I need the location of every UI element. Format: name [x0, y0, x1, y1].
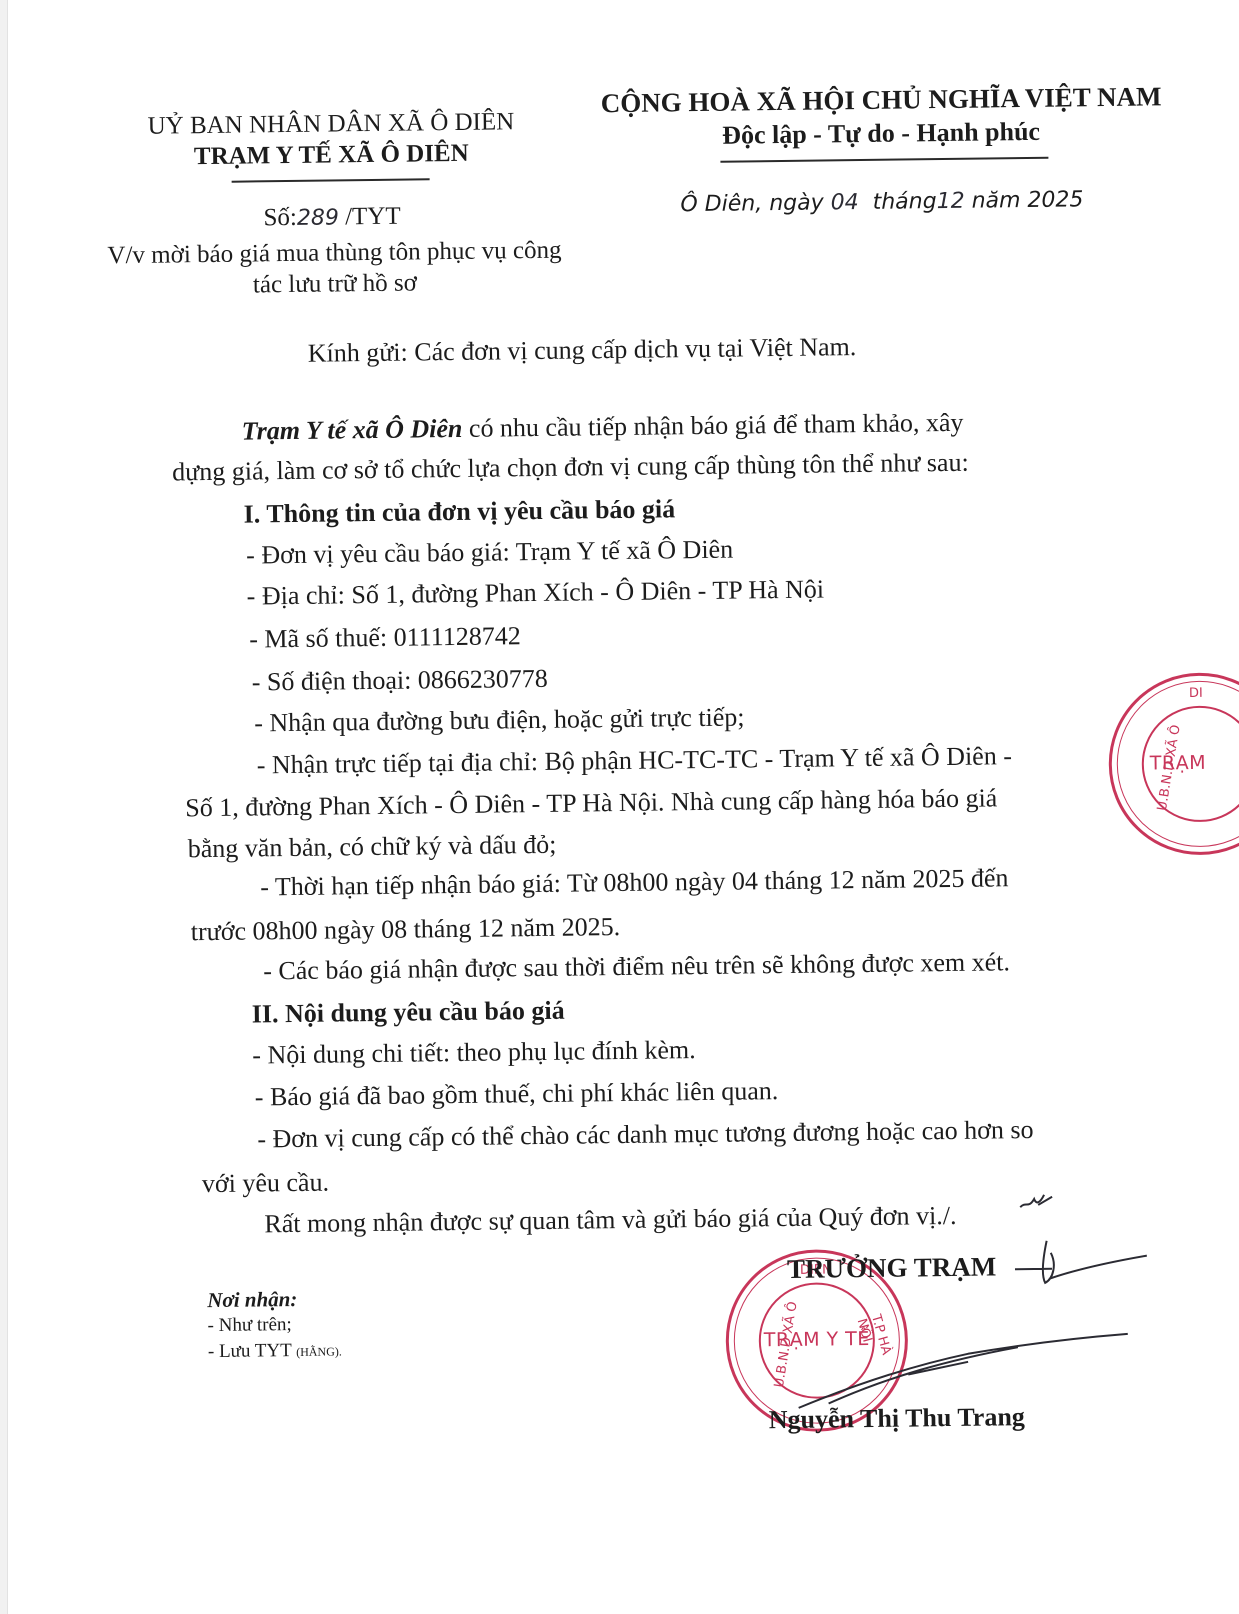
year-text: năm 2025 — [971, 187, 1083, 213]
month-label: tháng — [873, 189, 937, 215]
section-2-item: - Đơn vị cung cấp có thể chào các danh m… — [257, 1115, 1034, 1154]
initials-mark-icon — [1018, 1187, 1054, 1213]
intro-lead: Trạm Y tế xã Ô Diên — [242, 414, 463, 446]
section-1-heading: I. Thông tin của đơn vị yêu cầu báo giá — [244, 494, 676, 529]
section-1-item: - Các báo giá nhận được sau thời điểm nê… — [263, 947, 1010, 986]
document-number: Số:289 /TYT — [142, 201, 522, 234]
addressee: Kính gửi: Các đơn vị cung cấp dịch vụ tạ… — [308, 332, 857, 369]
document-page: UỶ BAN NHÂN DÂN XÃ Ô DIÊN TRẠM Y TẾ XÃ Ô… — [0, 0, 1239, 1614]
month-handwritten: 12 — [936, 189, 964, 214]
national-motto: Độc lập - Tự do - Hạnh phúc — [601, 115, 1161, 152]
recipient-item: - Lưu TYT (HẰNG). — [208, 1339, 342, 1363]
section-2-item: - Nội dung chi tiết: theo phụ lục đính k… — [252, 1035, 696, 1070]
unit-underline — [232, 178, 430, 182]
recipient-archive: - Lưu TYT — [208, 1340, 292, 1362]
section-1-item: - Số điện thoại: 0866230778 — [252, 664, 548, 698]
section-1-item: - Địa chỉ: Số 1, đường Phan Xích - Ô Diê… — [247, 574, 825, 611]
section-2-heading: II. Nội dung yêu cầu báo giá — [252, 996, 565, 1030]
archive-note: (HẰNG). — [296, 1344, 342, 1359]
place-date-prefix: Ô Diên, ngày — [680, 190, 824, 217]
intro-line-1: Trạm Y tế xã Ô Diên có nhu cầu tiếp nhận… — [242, 408, 964, 447]
section-1-item: - Thời hạn tiếp nhận báo giá: Từ 08h00 n… — [260, 863, 1009, 902]
intro-line-1-rest: có nhu cầu tiếp nhận báo giá để tham khả… — [462, 408, 963, 443]
doc-number-suffix: /TYT — [339, 203, 401, 231]
section-1-item: - Đơn vị yêu cầu báo giá: Trạm Y tế xã Ô… — [246, 535, 733, 571]
closing-sentence: Rất mong nhận được sự quan tâm và gửi bá… — [264, 1201, 957, 1239]
section-2-item: - Báo giá đã bao gồm thuế, chi phí khác … — [255, 1076, 779, 1112]
section-2-item: với yêu cầu. — [202, 1168, 329, 1200]
recipient-item: - Như trên; — [207, 1314, 291, 1337]
margin-seal-stamp: TRẠM U.B.N.D XÃ Ô DI — [1108, 672, 1239, 856]
section-1-item: - Mã số thuế: 0111128742 — [249, 621, 521, 654]
issuing-agency: UỶ BAN NHÂN DÂN XÃ Ô DIÊN — [141, 108, 521, 141]
place-date: Ô Diên, ngày 04 tháng12 năm 2025 — [602, 186, 1162, 218]
doc-number-handwritten: 289 — [297, 205, 339, 231]
recipients-title: Nơi nhận: — [207, 1287, 297, 1313]
motto-underline — [720, 157, 1048, 163]
national-title: CỘNG HOÀ XÃ HỘI CHỦ NGHĨA VIỆT NAM — [601, 81, 1161, 119]
subject-line-1: V/v mời báo giá mua thùng tôn phục vụ cô… — [84, 236, 584, 270]
section-1-item: trước 08h00 ngày 08 tháng 12 năm 2025. — [191, 912, 621, 947]
section-1-item: Số 1, đường Phan Xích - Ô Diên - TP Hà N… — [185, 783, 997, 823]
section-1-item: bằng văn bản, có chữ ký và dấu đỏ; — [188, 830, 557, 865]
day-handwritten: 04 — [831, 190, 859, 215]
subject-line-2: tác lưu trữ hồ sơ — [85, 267, 585, 301]
margin-seal-rim-top: DI — [1189, 686, 1203, 701]
doc-number-prefix: Số: — [263, 204, 297, 231]
intro-line-2: dựng giá, làm cơ sở tổ chức lựa chọn đơn… — [172, 448, 969, 488]
issuing-unit: TRẠM Y TẾ XÃ Ô DIÊN — [141, 139, 521, 172]
signer-name: Nguyễn Thị Thu Trang — [769, 1402, 1025, 1435]
section-1-item: - Nhận qua đường bưu điện, hoặc gửi trực… — [254, 702, 745, 738]
section-1-item: - Nhận trực tiếp tại địa chỉ: Bộ phận HC… — [257, 741, 1012, 780]
